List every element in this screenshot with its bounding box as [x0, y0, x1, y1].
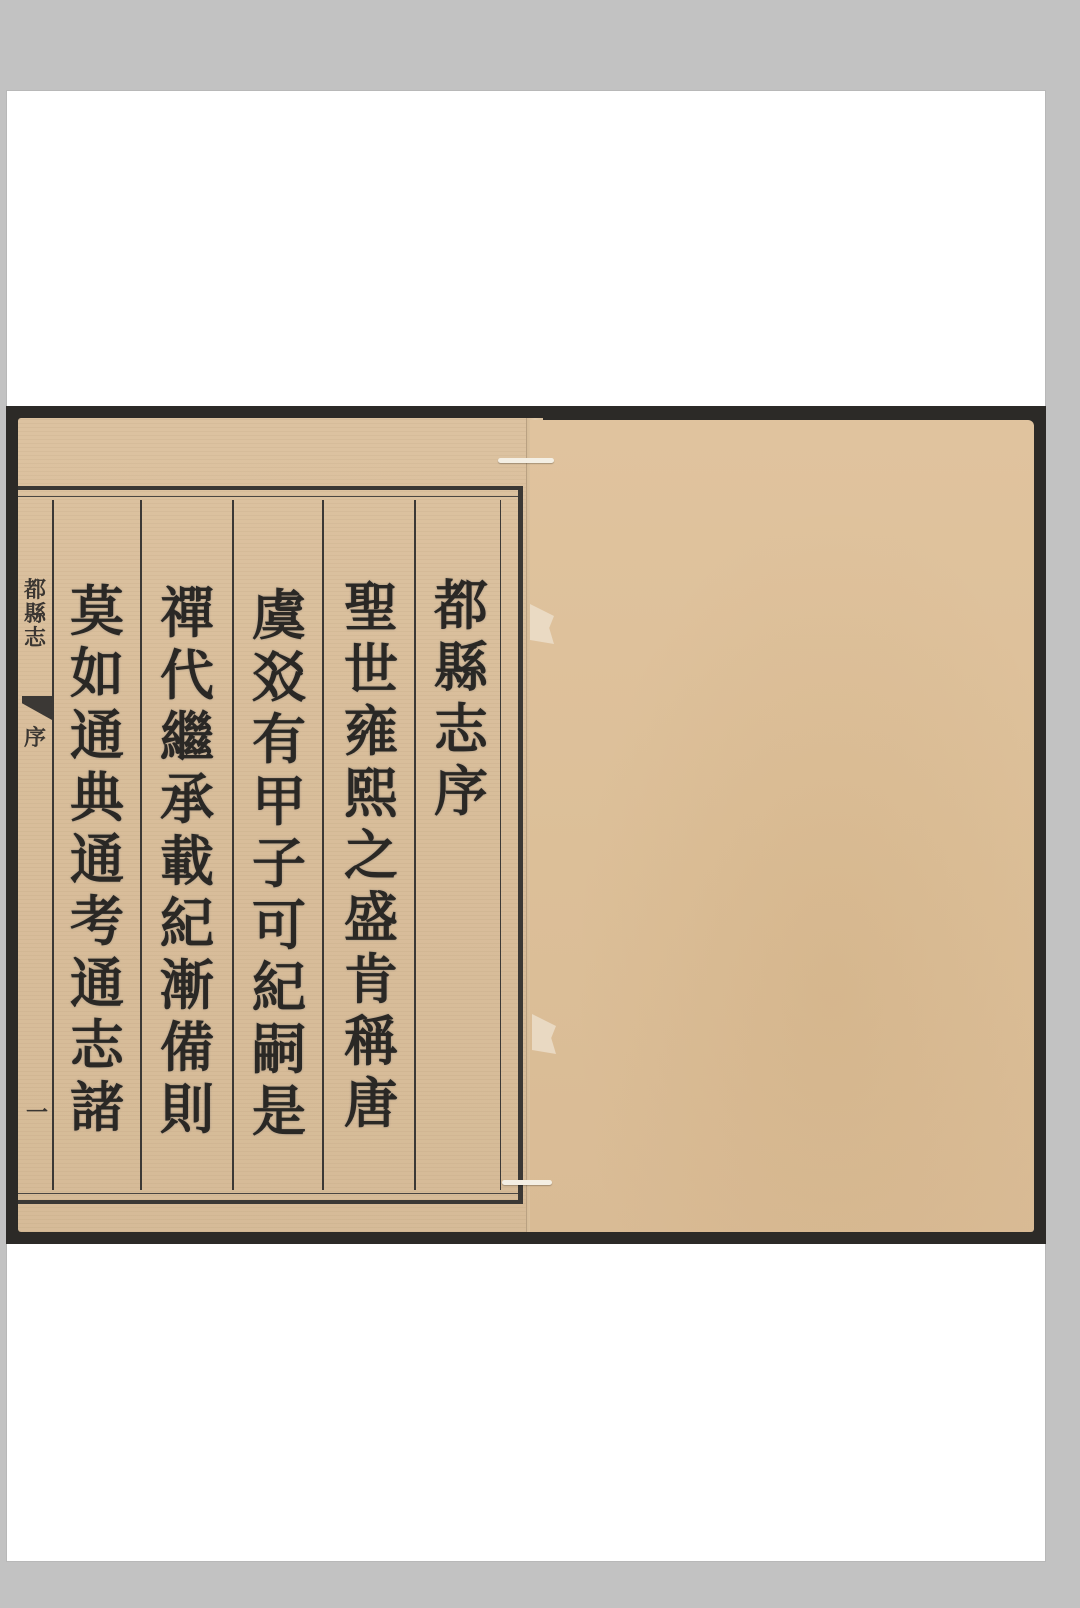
fold-margin-section: 序 — [20, 726, 50, 750]
glyph: 稱 — [344, 1010, 398, 1072]
column-rule — [500, 500, 501, 1190]
glyph: 紀 — [252, 956, 306, 1018]
glyph: 嗣 — [252, 1018, 306, 1080]
glyph: 通 — [70, 704, 124, 766]
glyph: 則 — [160, 1078, 214, 1140]
glyph: 考 — [70, 890, 124, 952]
glyph: 承 — [160, 768, 214, 830]
margin-section: 序 — [24, 726, 46, 750]
glyph: 代 — [160, 644, 214, 706]
fold-margin-title: 都 縣 志 — [20, 578, 50, 650]
glyph: 甲 — [252, 770, 306, 832]
glyph: 典 — [70, 766, 124, 828]
column-rule — [322, 500, 324, 1190]
printed-frame: 都 縣 志 序 一 都 縣 志 序 聖 世 — [18, 486, 523, 1204]
text-column-2: 聖 世 雍 熙 之 盛 肯 稱 唐 — [336, 576, 406, 1134]
margin-glyph: 都 — [24, 578, 46, 602]
glyph: 漸 — [160, 954, 214, 1016]
glyph: 志 — [70, 1014, 124, 1076]
glyph: 備 — [160, 1016, 214, 1078]
glyph: 子 — [252, 832, 306, 894]
glyph: 繼 — [160, 706, 214, 768]
glyph: 雍 — [344, 700, 398, 762]
glyph: 如 — [70, 642, 124, 704]
glyph: 虞 — [252, 584, 306, 646]
glyph: 紀 — [160, 892, 214, 954]
glyph: 有 — [252, 708, 306, 770]
glyph: 之 — [344, 824, 398, 886]
margin-page-number: 一 — [26, 1096, 48, 1127]
image-viewer-panel: 都 縣 志 序 一 都 縣 志 序 聖 世 — [6, 90, 1046, 1562]
glyph: 盛 — [344, 886, 398, 948]
glyph: 禪 — [160, 582, 214, 644]
text-column-3: 虞 㸚 有 甲 子 可 紀 嗣 是 — [244, 584, 314, 1142]
glyph: 序 — [434, 760, 488, 822]
column-rule — [232, 500, 234, 1190]
glyph: 世 — [344, 638, 398, 700]
glyph: 唐 — [344, 1072, 398, 1134]
glyph: 通 — [70, 828, 124, 890]
frame-inner-bottom-rule — [18, 1193, 518, 1194]
book-scan: 都 縣 志 序 一 都 縣 志 序 聖 世 — [6, 406, 1046, 1244]
glyph: 諸 — [70, 1076, 124, 1138]
glyph: 㸚 — [252, 646, 306, 708]
margin-glyph: 縣 — [24, 602, 46, 626]
binding-thread-top — [498, 458, 554, 463]
right-page-blank — [530, 420, 1034, 1232]
margin-glyph: 志 — [24, 626, 46, 650]
text-column-4: 禪 代 繼 承 載 紀 漸 備 則 — [152, 582, 222, 1140]
fishtail-mark-icon — [22, 696, 52, 720]
frame-inner-top-rule — [18, 496, 518, 497]
glyph: 聖 — [344, 576, 398, 638]
column-rule — [52, 500, 54, 1190]
glyph: 縣 — [434, 636, 488, 698]
glyph: 肯 — [344, 948, 398, 1010]
left-page: 都 縣 志 序 一 都 縣 志 序 聖 世 — [18, 418, 528, 1232]
column-rule — [414, 500, 416, 1190]
glyph: 通 — [70, 952, 124, 1014]
binding-thread-bottom — [502, 1180, 552, 1185]
glyph: 莫 — [70, 580, 124, 642]
glyph: 是 — [252, 1080, 306, 1142]
glyph: 載 — [160, 830, 214, 892]
glyph: 志 — [434, 698, 488, 760]
column-rule — [140, 500, 142, 1190]
glyph: 熙 — [344, 762, 398, 824]
glyph: 可 — [252, 894, 306, 956]
text-column-1: 都 縣 志 序 — [426, 574, 496, 822]
glyph: 都 — [434, 574, 488, 636]
text-column-5: 莫 如 通 典 通 考 通 志 諸 — [62, 580, 132, 1138]
